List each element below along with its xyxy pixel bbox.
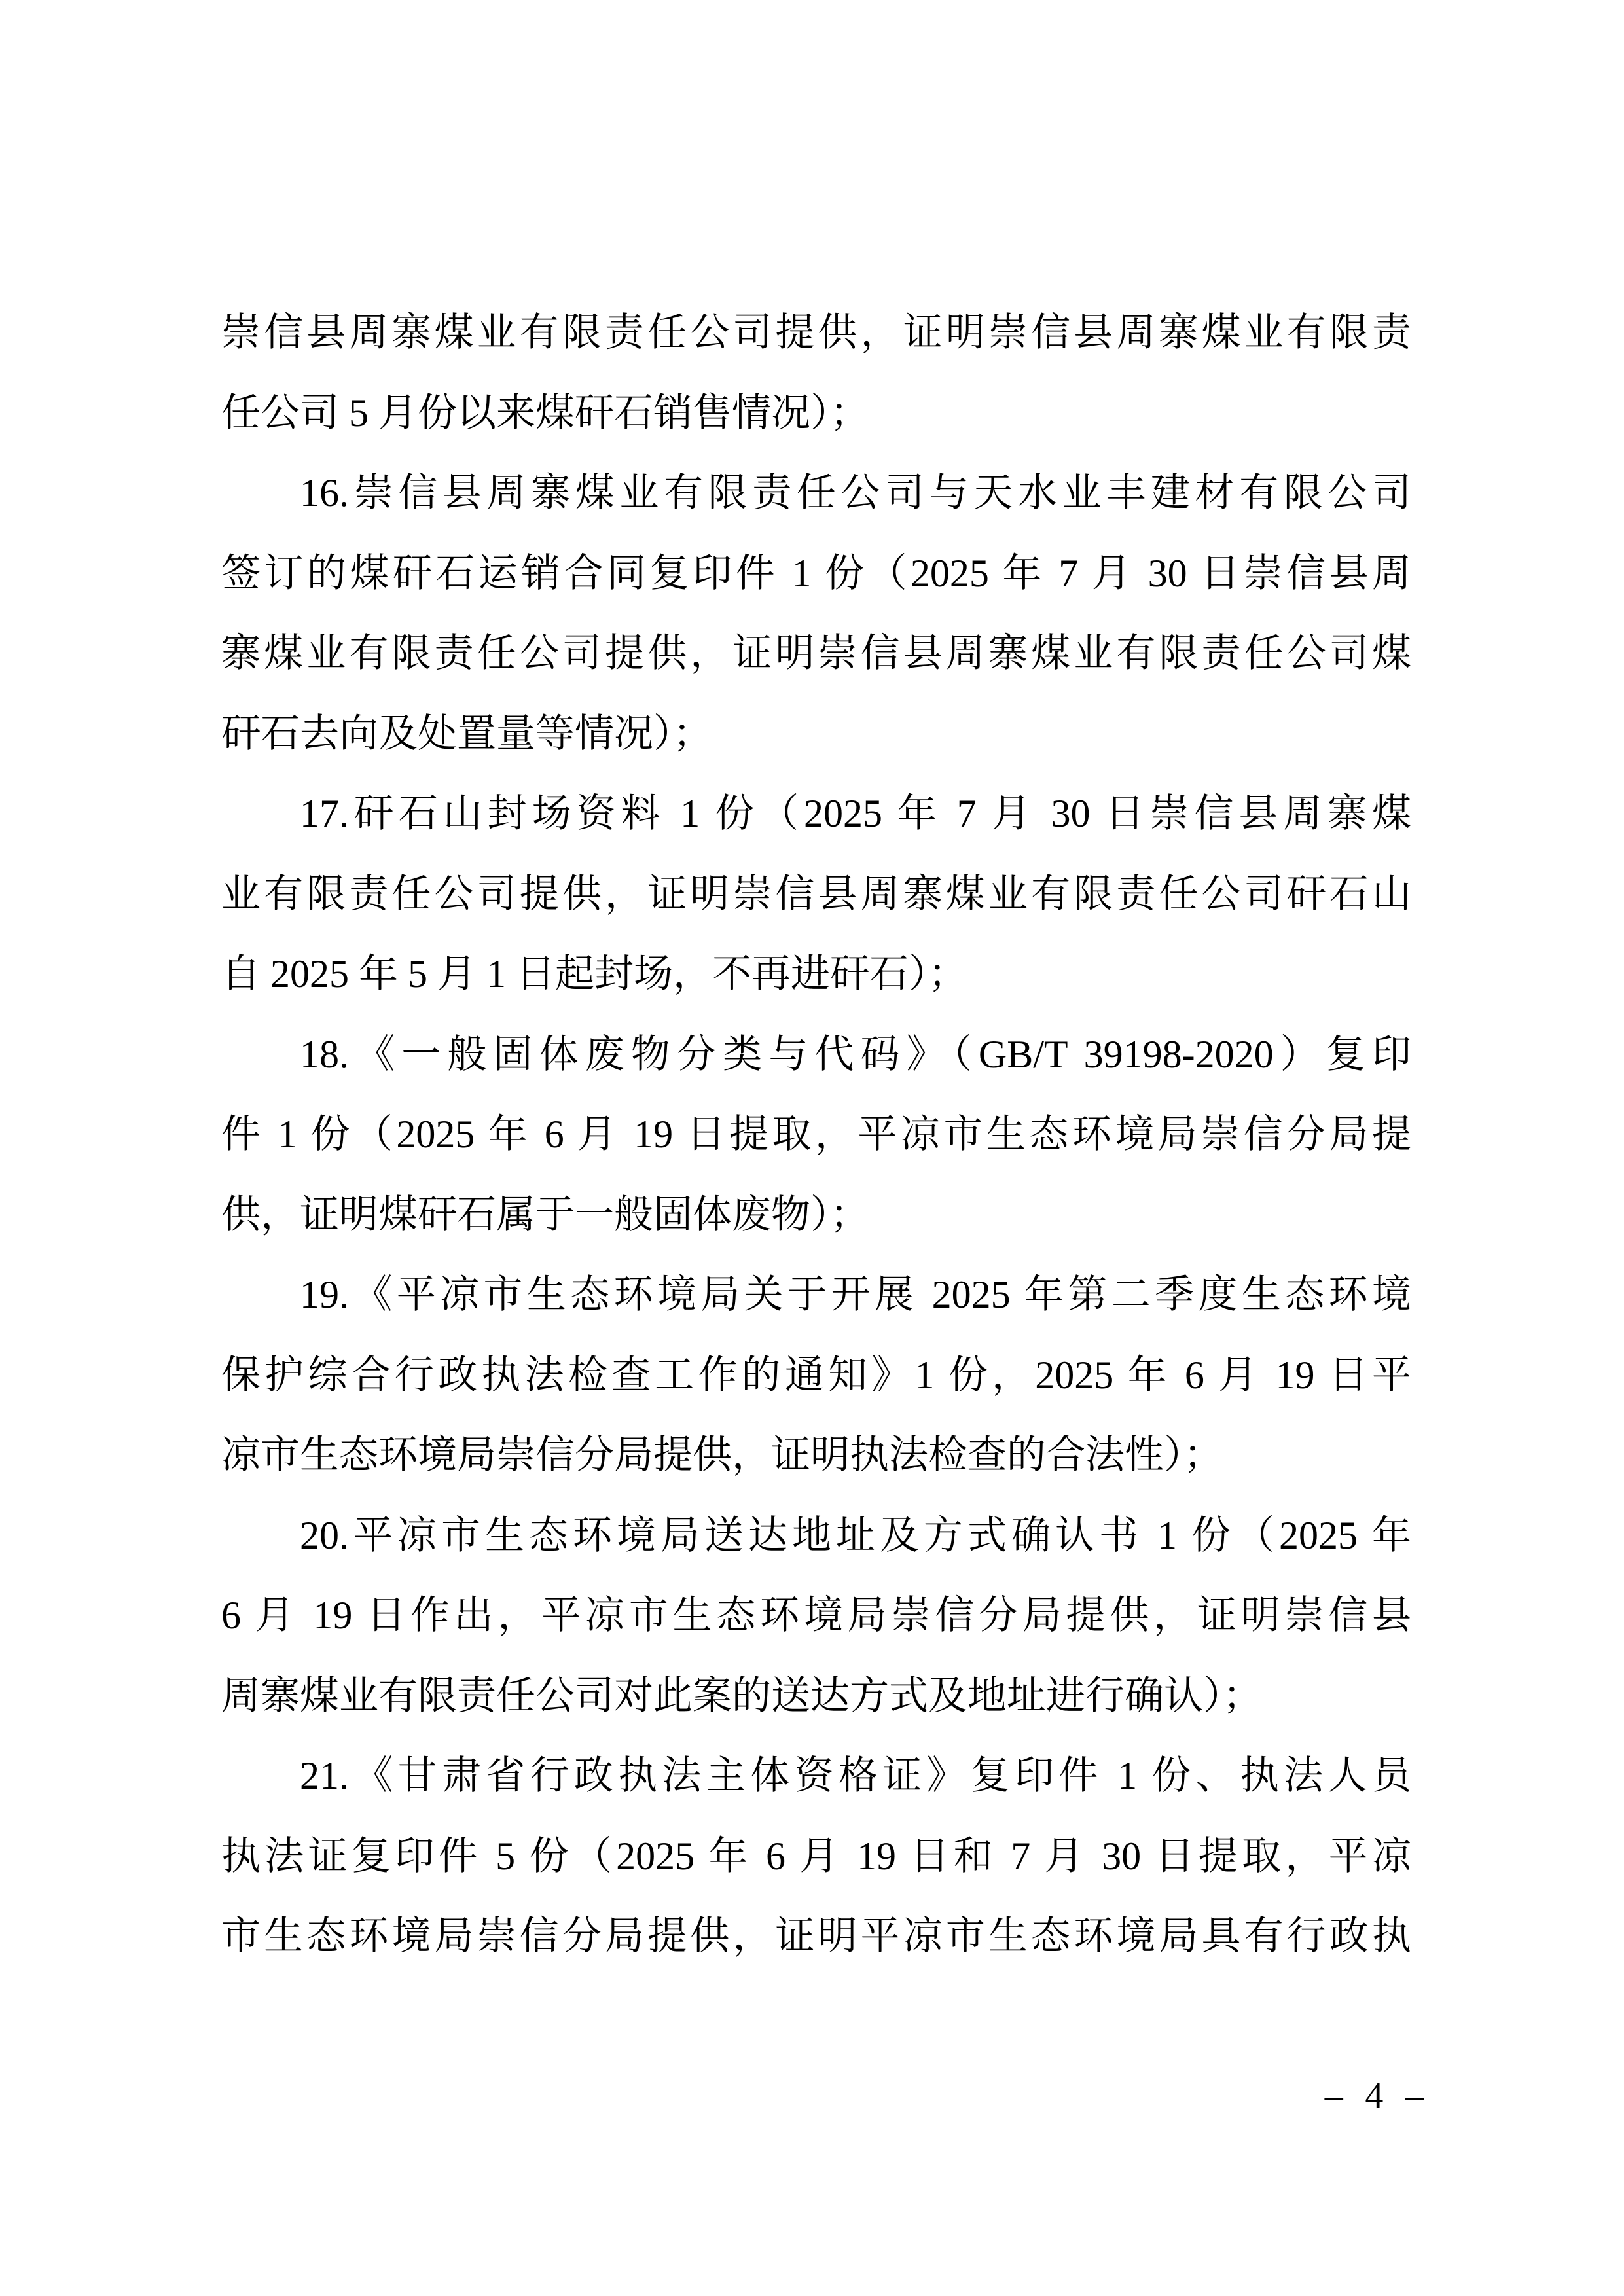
text-line-item-17: 17.矸石山封场资料 1 份（2025 年 7 月 30 日崇信县周寨煤	[221, 774, 1411, 854]
text-line-item-18: 18.《一般固体废物分类与代码》（GB/T 39198-2020）复印	[221, 1014, 1411, 1095]
text-line-item-20: 20.平凉市生态环境局送达地址及方式确认书 1 份（2025 年	[221, 1496, 1411, 1576]
document-body: 崇信县周寨煤业有限责任公司提供，证明崇信县周寨煤业有限责 任公司 5 月份以来煤…	[221, 293, 1411, 1977]
text-line: 自 2025 年 5 月 1 日起封场，不再进矸石）；	[221, 934, 1411, 1014]
text-line: 保护综合行政执法检查工作的通知》1 份，2025 年 6 月 19 日平	[221, 1335, 1411, 1416]
text-line: 崇信县周寨煤业有限责任公司提供，证明崇信县周寨煤业有限责	[221, 293, 1411, 373]
text-line: 市生态环境局崇信分局提供，证明平凉市生态环境局具有行政执	[221, 1896, 1411, 1977]
text-line: 矸石去向及处置量等情况）；	[221, 694, 1411, 774]
text-line: 6 月 19 日作出，平凉市生态环境局崇信分局提供，证明崇信县	[221, 1575, 1411, 1656]
text-line: 执法证复印件 5 份（2025 年 6 月 19 日和 7 月 30 日提取，平…	[221, 1816, 1411, 1897]
text-line: 供，证明煤矸石属于一般固体废物）；	[221, 1175, 1411, 1255]
text-line: 任公司 5 月份以来煤矸石销售情况）；	[221, 373, 1411, 454]
text-line: 件 1 份（2025 年 6 月 19 日提取，平凉市生态环境局崇信分局提	[221, 1094, 1411, 1175]
page-number: – 4 –	[1325, 2076, 1424, 2115]
text-line-item-21: 21.《甘肃省行政执法主体资格证》复印件 1 份、执法人员	[221, 1736, 1411, 1816]
text-line: 签订的煤矸石运销合同复印件 1 份（2025 年 7 月 30 日崇信县周	[221, 533, 1411, 614]
text-line: 寨煤业有限责任公司提供，证明崇信县周寨煤业有限责任公司煤	[221, 613, 1411, 694]
text-line-item-16: 16.崇信县周寨煤业有限责任公司与天水业丰建材有限公司	[221, 453, 1411, 533]
text-line-item-19: 19.《平凉市生态环境局关于开展 2025 年第二季度生态环境	[221, 1255, 1411, 1335]
document-page: 崇信县周寨煤业有限责任公司提供，证明崇信县周寨煤业有限责 任公司 5 月份以来煤…	[0, 0, 1624, 2296]
text-line: 业有限责任公司提供，证明崇信县周寨煤业有限责任公司矸石山	[221, 854, 1411, 935]
text-line: 周寨煤业有限责任公司对此案的送达方式及地址进行确认）；	[221, 1656, 1411, 1736]
text-line: 凉市生态环境局崇信分局提供，证明执法检查的合法性）；	[221, 1415, 1411, 1496]
